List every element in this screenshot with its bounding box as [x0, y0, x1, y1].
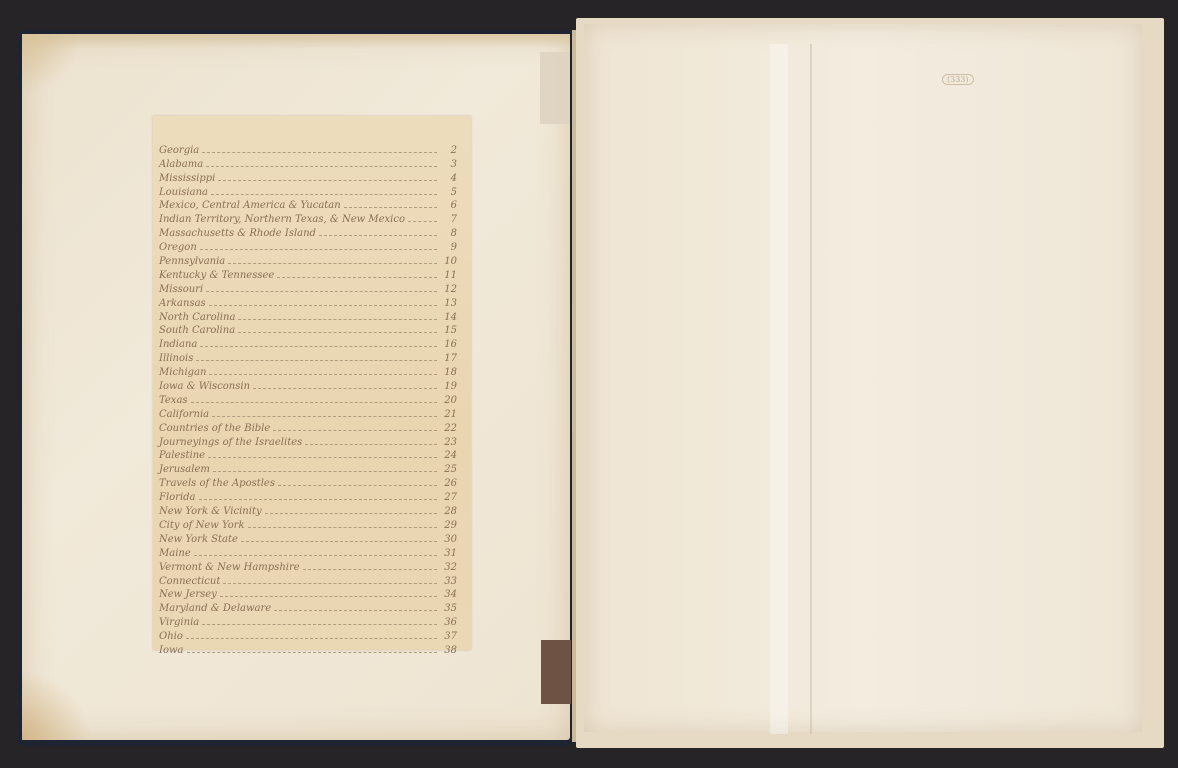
entry-name: Iowa & Wisconsin [159, 381, 253, 392]
leader-dashes [199, 499, 438, 500]
entry-page: 25 [437, 464, 457, 475]
index-entry: Iowa & Wisconsin19 [159, 378, 457, 392]
entry-name: Travels of the Apostles [159, 478, 278, 489]
entry-name: Oregon [159, 242, 200, 253]
entry-name: Connecticut [159, 576, 223, 587]
leader-dashes [303, 569, 437, 570]
leader-dashes [265, 513, 437, 514]
leader-dashes [218, 180, 437, 181]
corner-stain [22, 670, 92, 740]
index-entry: Virginia36 [159, 614, 457, 628]
index-entry: Journeyings of the Israelites23 [159, 434, 457, 448]
entry-name: South Carolina [159, 325, 238, 336]
index-entry: Vermont & New Hampshire32 [159, 559, 457, 573]
leader-dashes [238, 332, 437, 333]
index-entry: Kentucky & Tennessee11 [159, 267, 457, 281]
leader-dashes [273, 430, 437, 431]
entry-name: Florida [159, 492, 199, 503]
entry-name: North Carolina [159, 312, 238, 323]
leader-dashes [278, 485, 437, 486]
leader-dashes [202, 152, 437, 153]
fold-line [810, 44, 812, 734]
leader-dashes [212, 416, 437, 417]
entry-page: 22 [437, 423, 457, 434]
index-entry: California21 [159, 406, 457, 420]
index-entry: Connecticut33 [159, 573, 457, 587]
entry-name: Louisiana [159, 187, 211, 198]
index-entry: Texas20 [159, 392, 457, 406]
entry-name: New York & Vicinity [159, 506, 265, 517]
entry-name: New York State [159, 534, 241, 545]
index-entry: Georgia2 [159, 142, 457, 156]
leader-dashes [209, 374, 437, 375]
entry-page: 21 [437, 409, 457, 420]
leader-dashes [196, 360, 437, 361]
entry-page: 35 [437, 603, 457, 614]
leader-dashes [208, 457, 437, 458]
index-entry: Mexico, Central America & Yucatan6 [159, 198, 457, 212]
entry-name: Michigan [159, 367, 209, 378]
entry-page: 18 [437, 367, 457, 378]
index-entry: Louisiana5 [159, 184, 457, 198]
entry-page: 6 [437, 200, 457, 211]
entry-page: 38 [437, 645, 457, 656]
entry-page: 30 [437, 534, 457, 545]
index-entry: Pennsylvania10 [159, 253, 457, 267]
entry-page: 4 [437, 173, 457, 184]
entry-page: 24 [437, 450, 457, 461]
corner-stain [22, 34, 82, 94]
entry-page: 17 [437, 353, 457, 364]
entry-page: 13 [437, 298, 457, 309]
index-entry: Iowa38 [159, 642, 457, 656]
leader-dashes [344, 207, 437, 208]
entry-name: Kentucky & Tennessee [159, 270, 277, 281]
top-stain [22, 34, 570, 48]
entry-name: Indian Territory, Northern Texas, & New … [159, 214, 408, 225]
index-entry: New Jersey34 [159, 587, 457, 601]
fold-line [770, 44, 788, 734]
index-entry: City of New York29 [159, 517, 457, 531]
entry-name: Arkansas [159, 298, 209, 309]
leader-dashes [408, 221, 437, 222]
leader-dashes [253, 388, 437, 389]
leader-dashes [248, 527, 437, 528]
entry-name: City of New York [159, 520, 248, 531]
entry-page: 36 [437, 617, 457, 628]
index-entry: Travels of the Apostles26 [159, 475, 457, 489]
entry-name: New Jersey [159, 589, 220, 600]
entry-name: Maine [159, 548, 194, 559]
entry-page: 33 [437, 576, 457, 587]
leader-dashes [223, 583, 437, 584]
entry-name: Pennsylvania [159, 256, 228, 267]
leader-dashes [305, 444, 437, 445]
entry-name: Ohio [159, 631, 186, 642]
entry-name: Vermont & New Hampshire [159, 562, 303, 573]
index-entry: New York & Vicinity28 [159, 503, 457, 517]
leader-dashes [211, 194, 437, 195]
right-blank-page: (333) [584, 24, 1142, 732]
entry-page: 3 [437, 159, 457, 170]
index-entry: Jerusalem25 [159, 461, 457, 475]
entry-name: Texas [159, 395, 191, 406]
index-entry: South Carolina15 [159, 323, 457, 337]
entry-page: 26 [437, 478, 457, 489]
leader-dashes [238, 319, 437, 320]
entry-name: Massachusetts & Rhode Island [159, 228, 319, 239]
leader-dashes [194, 555, 437, 556]
index-entry: Michigan18 [159, 364, 457, 378]
leader-dashes [206, 166, 437, 167]
entry-page: 12 [437, 284, 457, 295]
entry-page: 14 [437, 312, 457, 323]
entry-page: 28 [437, 506, 457, 517]
entry-name: Indiana [159, 339, 200, 350]
entry-name: California [159, 409, 212, 420]
entry-page: 31 [437, 548, 457, 559]
entry-name: Palestine [159, 450, 208, 461]
index-entry: Indian Territory, Northern Texas, & New … [159, 211, 457, 225]
entry-page: 16 [437, 339, 457, 350]
index-entry: Arkansas13 [159, 295, 457, 309]
leader-dashes [200, 249, 437, 250]
brown-tab [541, 640, 571, 704]
entry-name: Missouri [159, 284, 206, 295]
leader-dashes [187, 652, 438, 653]
entry-name: Mexico, Central America & Yucatan [159, 200, 344, 211]
entry-name: Journeyings of the Israelites [159, 437, 305, 448]
index-entry: Maryland & Delaware35 [159, 600, 457, 614]
entry-name: Iowa [159, 645, 187, 656]
page-stamp: (333) [942, 74, 974, 85]
entry-page: 11 [437, 270, 457, 281]
entry-page: 9 [437, 242, 457, 253]
entry-page: 32 [437, 562, 457, 573]
leader-dashes [241, 541, 437, 542]
leader-dashes [277, 277, 437, 278]
leader-dashes [220, 596, 437, 597]
entry-name: Virginia [159, 617, 202, 628]
entry-page: 19 [437, 381, 457, 392]
entry-name: Countries of the Bible [159, 423, 273, 434]
entry-page: 23 [437, 437, 457, 448]
entry-page: 10 [437, 256, 457, 267]
entry-page: 5 [437, 187, 457, 198]
index-entry: Illinois17 [159, 350, 457, 364]
index-entry: Maine31 [159, 545, 457, 559]
leader-dashes [209, 305, 437, 306]
entry-page: 8 [437, 228, 457, 239]
index-entry: Palestine24 [159, 448, 457, 462]
leader-dashes [274, 610, 437, 611]
index-entry: Florida27 [159, 489, 457, 503]
entry-page: 15 [437, 325, 457, 336]
tape-strip [540, 52, 570, 124]
entry-page: 37 [437, 631, 457, 642]
leader-dashes [202, 624, 437, 625]
index-entry: Oregon9 [159, 239, 457, 253]
index-entry: Missouri12 [159, 281, 457, 295]
index-entry: New York State30 [159, 531, 457, 545]
index-entry: Alabama3 [159, 156, 457, 170]
index-entry: Countries of the Bible22 [159, 420, 457, 434]
entry-name: Georgia [159, 145, 202, 156]
entry-name: Mississippi [159, 173, 218, 184]
leader-dashes [319, 235, 437, 236]
index-sheet: Georgia2Alabama3Mississippi4Louisiana5Me… [153, 116, 471, 650]
entry-page: 20 [437, 395, 457, 406]
leader-dashes [228, 263, 437, 264]
index-entry: Massachusetts & Rhode Island8 [159, 225, 457, 239]
entry-name: Jerusalem [159, 464, 213, 475]
entry-name: Illinois [159, 353, 196, 364]
entry-page: 27 [437, 492, 457, 503]
index-entry: Mississippi4 [159, 170, 457, 184]
index-entry: Ohio37 [159, 628, 457, 642]
leader-dashes [200, 346, 437, 347]
leader-dashes [191, 402, 437, 403]
leader-dashes [206, 291, 437, 292]
index-entry: Indiana16 [159, 336, 457, 350]
entry-page: 2 [437, 145, 457, 156]
entry-page: 29 [437, 520, 457, 531]
index-entry: North Carolina14 [159, 309, 457, 323]
entry-name: Maryland & Delaware [159, 603, 274, 614]
right-page-block: (333) [574, 14, 1168, 750]
leader-dashes [213, 471, 437, 472]
index-list: Georgia2Alabama3Mississippi4Louisiana5Me… [153, 116, 471, 656]
entry-name: Alabama [159, 159, 206, 170]
entry-page: 34 [437, 589, 457, 600]
entry-page: 7 [437, 214, 457, 225]
leader-dashes [186, 638, 437, 639]
